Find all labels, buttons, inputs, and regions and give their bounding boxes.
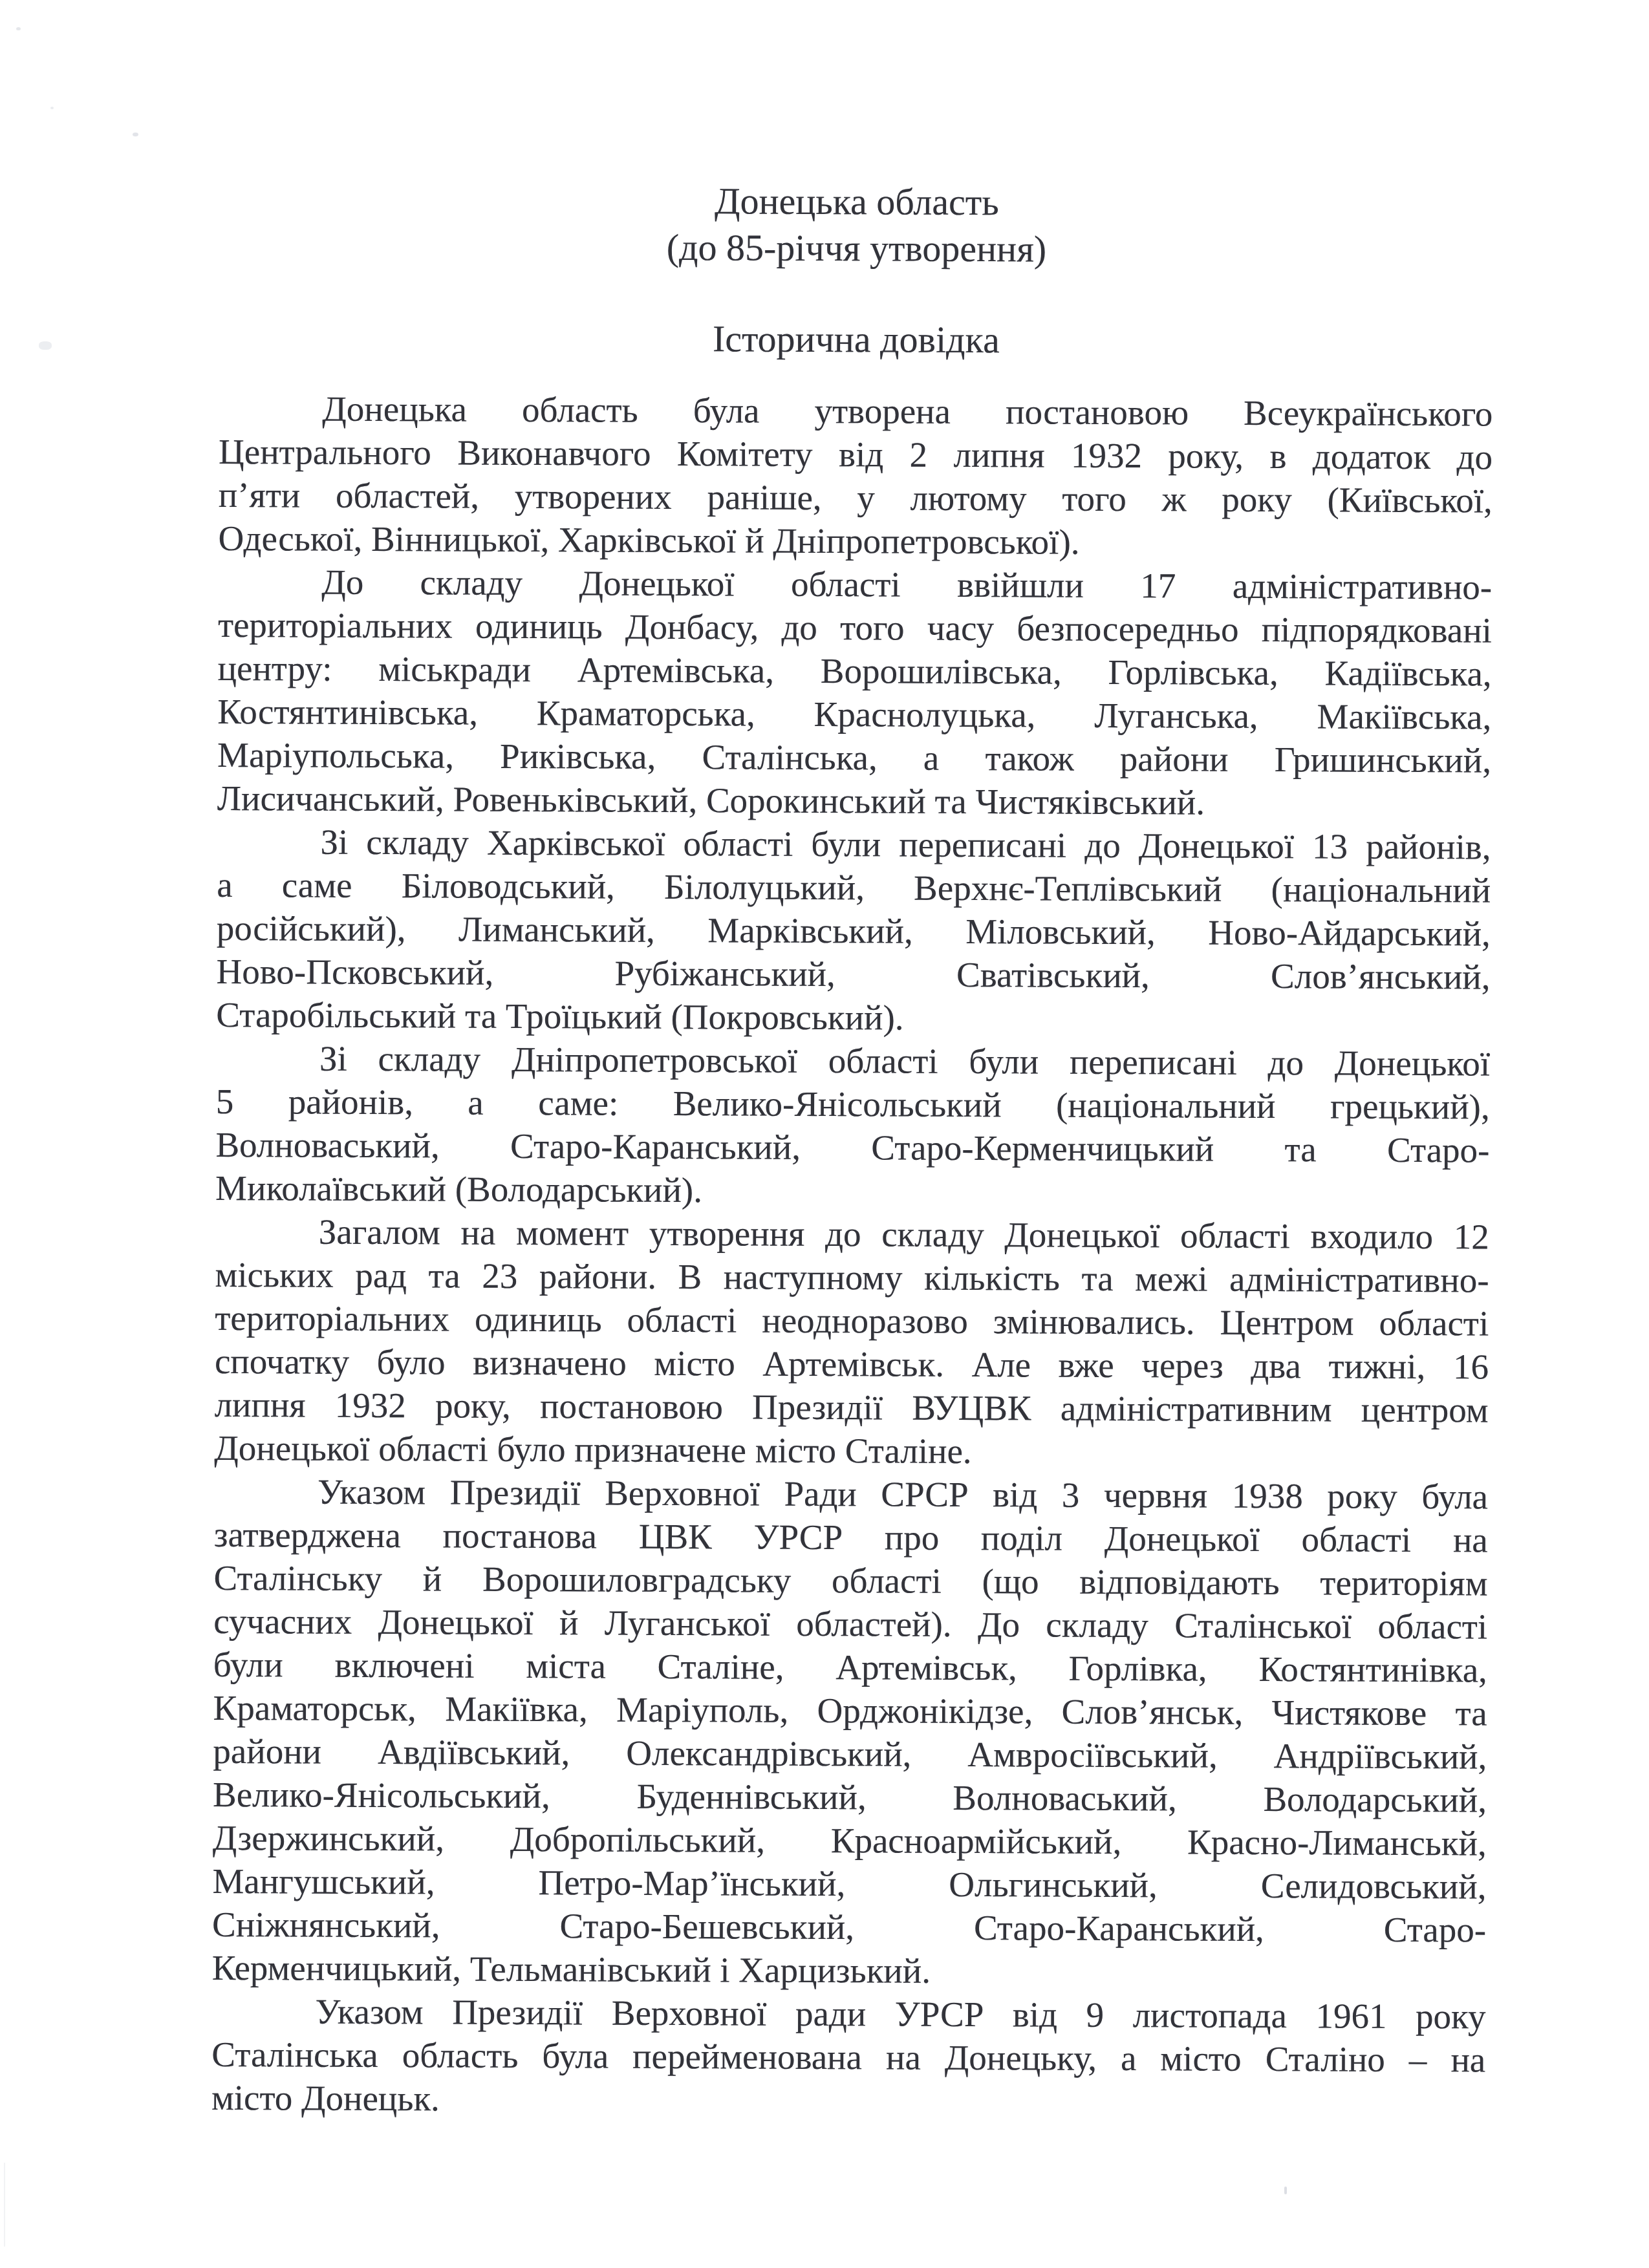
document-title: Донецька область (до 85-річчя утворення)	[219, 176, 1494, 275]
paragraph: Зі складу Дніпропетровської області були…	[215, 1036, 1490, 1215]
scan-speck	[133, 133, 138, 136]
paragraph-line: територіальних одиниць Донбасу, до того …	[218, 603, 1492, 652]
paragraph-line: Миколаївський (Володарський).	[215, 1166, 1489, 1215]
paragraph-line: Донецької області було призначене місто …	[214, 1426, 1488, 1475]
paragraph-line: п’яти областей, утворених раніше, у люто…	[219, 473, 1493, 522]
paragraph-line: Сталінську й Ворошиловградську області (…	[213, 1556, 1487, 1605]
paragraph: До складу Донецької області ввійшли 17 а…	[217, 560, 1493, 826]
scan-speck	[1284, 2187, 1287, 2194]
paragraph-line: територіальних одиниць області неоднораз…	[215, 1296, 1489, 1345]
paragraph-line: були включені міста Сталіне, Артемівськ,…	[213, 1643, 1487, 1692]
scan-speck	[39, 341, 52, 350]
paragraph-line: До складу Донецької області ввійшли 17 а…	[218, 560, 1492, 609]
scan-speck	[50, 107, 54, 109]
paragraph-line: Старобільський та Троїцький (Покровський…	[216, 993, 1490, 1042]
paragraph-line: місто Донецьк.	[211, 2076, 1485, 2125]
paragraph: Указом Президії Верховної ради УРСР від …	[211, 1989, 1486, 2125]
paragraph-line: сучасних Донецької й Луганської областей…	[213, 1599, 1487, 1649]
document-content: Донецька область (до 85-річчя утворення)…	[211, 176, 1494, 2125]
paragraph-line: спочатку було визначено місто Артемівськ…	[215, 1340, 1489, 1389]
paragraph-line: Указом Президії Верховної ради УРСР від …	[211, 1989, 1485, 2038]
paragraph-line: міських рад та 23 райони. В наступному к…	[215, 1253, 1489, 1302]
paragraph-line: Центрального Виконавчого Комітету від 2 …	[219, 430, 1493, 479]
paragraph-line: липня 1932 року, постановою Президії ВУЦ…	[215, 1383, 1489, 1432]
paragraph: Загалом на момент утворення до складу До…	[214, 1210, 1489, 1475]
paragraph-line: райони Авдіївський, Олександрівський, Ам…	[213, 1729, 1487, 1779]
paragraph-line: центру: міськради Артемівська, Ворошилів…	[218, 647, 1492, 696]
section-heading: Історична довідка	[219, 314, 1493, 366]
paragraph-line: Дзержинський, Добропільський, Красноармі…	[213, 1816, 1487, 1865]
paragraph-line: Загалом на момент утворення до складу До…	[215, 1210, 1489, 1259]
paragraph-line: Сталінська область була перейменована на…	[211, 2033, 1485, 2082]
paragraph-line: Маріупольська, Риківська, Сталінська, а …	[217, 733, 1491, 782]
paragraph-line: Ново-Псковський, Рубіжанський, Сватівськ…	[216, 950, 1490, 999]
paragraph-line: Указом Президії Верховної Ради СРСР від …	[214, 1470, 1488, 1519]
paragraph-line: Зі складу Дніпропетровської області були…	[216, 1036, 1490, 1086]
scan-speck	[4, 2163, 5, 2247]
paragraph-line: Донецька область була утворена постаново…	[219, 387, 1493, 436]
paragraph-line: затверджена постанова ЦВК УРСР про поділ…	[214, 1513, 1488, 1562]
scanned-document-page: { "document": { "title_line1": "Донецька…	[0, 0, 1649, 2268]
paragraph: Донецька область була утворена постаново…	[218, 387, 1493, 566]
paragraph-line: Велико-Янісольський, Буденнівський, Волн…	[213, 1773, 1487, 1822]
paragraph: Указом Президії Верховної Ради СРСР від …	[212, 1470, 1488, 1995]
document-body: Донецька область була утворена постаново…	[211, 387, 1493, 2125]
scan-speck	[16, 27, 21, 30]
paragraph-line: а саме Біловодський, Білолуцький, Верхнє…	[217, 863, 1491, 912]
paragraph-line: російський), Лиманський, Марківський, Мі…	[217, 906, 1491, 956]
paragraph-line: 5 районів, а саме: Велико-Янісольський (…	[216, 1080, 1490, 1129]
paragraph-line: Волноваський, Старо-Каранський, Старо-Ке…	[215, 1123, 1489, 1172]
paragraph-line: Костянтинівська, Краматорська, Краснолуц…	[217, 690, 1491, 739]
title-line-2: (до 85-річчя утворення)	[219, 222, 1493, 275]
paragraph-line: Мангушський, Петро-Мар’їнський, Ольгинсь…	[212, 1859, 1486, 1909]
paragraph-line: Сніжнянський, Старо-Бешевський, Старо-Ка…	[212, 1903, 1486, 1952]
paragraph-line: Зі складу Харківської області були переп…	[217, 820, 1491, 869]
paragraph: Зі складу Харківської області були переп…	[216, 820, 1491, 1042]
paragraph-line: Лисичанський, Ровеньківський, Сорокинськ…	[217, 776, 1491, 826]
paragraph-line: Одеської, Вінницької, Харківської й Дніп…	[218, 517, 1492, 566]
paragraph-line: Краматорськ, Макіївка, Маріуполь, Орджон…	[213, 1686, 1487, 1735]
title-line-1: Донецька область	[220, 176, 1494, 228]
paragraph-line: Керменчицький, Тельманівський і Харцизьк…	[212, 1946, 1486, 1995]
